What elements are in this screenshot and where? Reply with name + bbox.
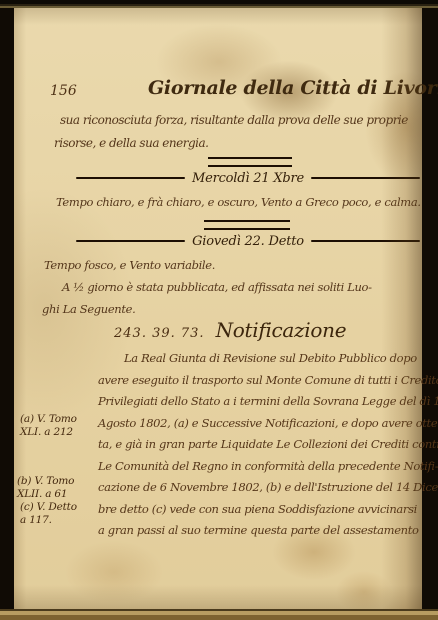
publication-line-1: A ½ giorno è stata pubblicata, ed affiss…	[62, 280, 372, 294]
publication-line-2: ghi La Seguente.	[42, 302, 135, 316]
margin-note-line: XLII. a 61	[17, 488, 74, 501]
book-binding-left	[0, 0, 15, 620]
margin-note-b: (b) V. Tomo XLII. a 61	[17, 475, 74, 501]
notification-line: Agosto 1802, (a) e Successive Notificazi…	[98, 413, 420, 435]
heading-rule-right	[311, 240, 420, 242]
section-divider-rule	[208, 157, 292, 167]
section-divider-rule	[204, 220, 290, 230]
notification-body: La Real Giunta di Revisione sul Debito P…	[98, 348, 420, 542]
journal-title: Giornale della Città di Livorno	[148, 77, 438, 99]
book-edge-bottom	[0, 609, 438, 620]
intro-line-1: sua riconosciuta forza, risultante dalla…	[60, 113, 408, 127]
entry-date-heading-thursday: Giovedì 22. Detto	[76, 233, 420, 249]
notification-heading: Notificazione	[216, 318, 347, 342]
notification-line: La Real Giunta di Revisione sul Debito P…	[98, 348, 420, 370]
notification-heading-row: 243. 39. 73. Notificazione	[114, 318, 346, 342]
margin-note-a: (a) V. Tomo XLI. a 212	[20, 413, 77, 439]
book-page-stack-right	[422, 0, 438, 620]
journal-page: 156 Giornale della Città di Livorno sua …	[14, 7, 422, 609]
notification-line: Privilegiati dello Stato a i termini del…	[98, 391, 420, 413]
book-edge-top	[0, 0, 438, 8]
heading-rule-left	[76, 240, 185, 242]
margin-note-line: (a) V. Tomo	[20, 413, 77, 426]
margin-note-line: (c) V. Detto	[20, 501, 77, 514]
heading-rule-right	[311, 177, 420, 179]
notification-line: Le Comunità del Regno in conformità dell…	[98, 456, 420, 478]
notification-line: ta, e già in gran parte Liquidate Le Col…	[98, 434, 420, 456]
margin-note-line: a 117.	[20, 514, 77, 527]
notification-line: a gran passi al suo termine questa parte…	[98, 520, 420, 542]
margin-note-line: XLI. a 212	[20, 426, 77, 439]
notification-reference-numbers: 243. 39. 73.	[114, 326, 205, 341]
entry-date-heading-wednesday: Mercoldì 21 Xbre	[76, 170, 420, 186]
margin-note-line: (b) V. Tomo	[17, 475, 74, 488]
notification-line: bre detto (c) vede con sua piena Soddisf…	[98, 499, 420, 521]
notification-line: avere eseguito il trasporto sul Monte Co…	[98, 370, 420, 392]
intro-line-2: risorse, e della sua energia.	[54, 136, 208, 150]
entry-date-label: Mercoldì 21 Xbre	[192, 171, 304, 186]
weather-line-wednesday: Tempo chiaro, e frà chiaro, e oscuro, Ve…	[56, 195, 421, 209]
entry-date-label: Giovedì 22. Detto	[192, 234, 304, 249]
margin-note-c: (c) V. Detto a 117.	[20, 501, 77, 527]
heading-rule-left	[76, 177, 185, 179]
weather-line-thursday: Tempo fosco, e Vento variabile.	[44, 258, 215, 272]
notification-line: cazione de 6 Novembre 1802, (b) e dell'I…	[98, 477, 420, 499]
page-number: 156	[50, 83, 77, 99]
manuscript-scan: 156 Giornale della Città di Livorno sua …	[0, 0, 438, 620]
